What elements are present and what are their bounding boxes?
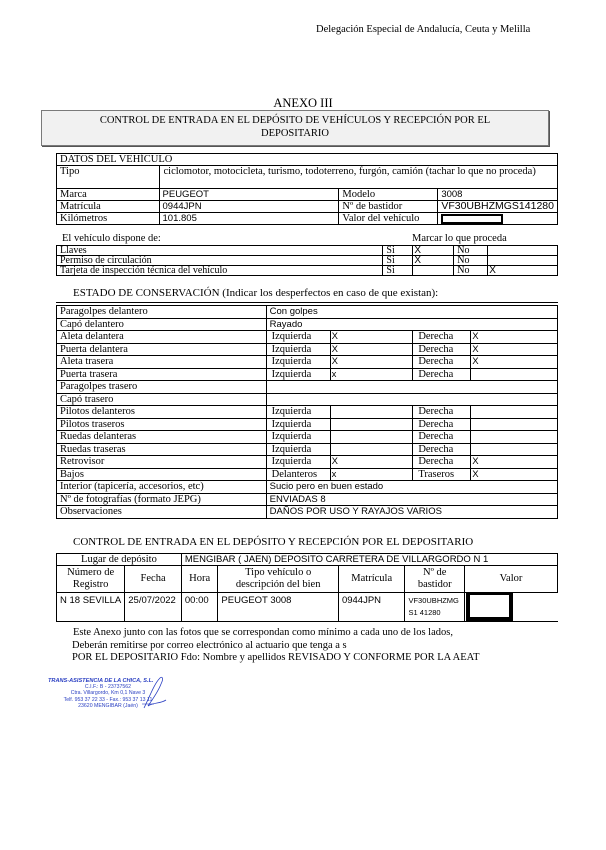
right-side-mark[interactable]: [471, 418, 558, 431]
bastidor-label: Nº de bastidor: [339, 201, 438, 213]
right-side-mark[interactable]: X: [471, 468, 558, 481]
conservation-section-title: ESTADO DE CONSERVACIÓN (Indicar los desp…: [73, 287, 438, 299]
column-header-bastidor: Nº de bastidor: [405, 566, 465, 593]
conservation-row: Puerta trasera Izquierda x Derecha: [57, 368, 558, 381]
right-side-label: Derecha: [413, 356, 471, 369]
part-label: Pilotos traseros: [57, 418, 267, 431]
left-side-label: Izquierda: [266, 456, 330, 469]
registro-cell: N 18 SEVILLA: [57, 593, 125, 622]
part-label: Nº de fotografías (formato JEPG): [57, 493, 267, 506]
tipo-value: ciclomotor, motocicleta, turismo, todote…: [159, 166, 557, 189]
no-label: No: [454, 256, 488, 266]
part-label: Interior (tapicería, accesorios, etc): [57, 481, 267, 494]
marca-label: Marca: [57, 189, 160, 201]
footer-line-1: Este Anexo junto con las fotos que se co…: [73, 627, 480, 640]
valor-cell-redacted: [464, 593, 557, 622]
conservation-row: Paragolpes delantero Con golpes: [57, 306, 558, 319]
right-side-mark[interactable]: X: [471, 456, 558, 469]
company-stamp: TRANS-ASISTENCIA DE LA CHICA, S.L. C.I.F…: [48, 678, 168, 709]
valor-value-redacted: [438, 213, 558, 225]
footer-line-2: Deberán remitirse por correo electrónico…: [72, 640, 480, 653]
part-condition-value: ENVIADAS 8: [266, 493, 557, 506]
conservation-table: Paragolpes delantero Con golpes Capó del…: [56, 305, 558, 519]
left-side-mark[interactable]: x: [330, 368, 413, 381]
tipo-label: Tipo: [57, 166, 160, 189]
km-label: Kilómetros: [57, 213, 160, 225]
document-label: Tarjeta de inspección técnica del vehícu…: [57, 266, 383, 276]
part-label: Ruedas traseras: [57, 443, 267, 456]
deposit-section-title: CONTROL DE ENTRADA EN EL DEPÓSITO Y RECE…: [73, 536, 473, 548]
right-side-mark[interactable]: X: [471, 356, 558, 369]
conservation-row: Interior (tapicería, accesorios, etc) Su…: [57, 481, 558, 494]
deposit-table: Lugar de depósito MENGIBAR ( JAEN) DEPOS…: [56, 553, 558, 622]
vehicle-data-table: DATOS DEL VEHÍCULO Tipo ciclomotor, moto…: [56, 153, 558, 225]
no-label: No: [454, 266, 488, 276]
documents-table: Llaves Si X No Permiso de circulación Si…: [56, 245, 558, 276]
part-label: Retrovisor: [57, 456, 267, 469]
part-label: Ruedas delanteras: [57, 431, 267, 444]
document-title-line2: DEPOSITARIO: [42, 127, 548, 140]
left-side-mark[interactable]: [330, 443, 413, 456]
document-row: Tarjeta de inspección técnica del vehícu…: [57, 266, 558, 276]
conservation-row: Ruedas delanteras Izquierda Derecha: [57, 431, 558, 444]
column-header-matricula: Matrícula: [338, 566, 405, 593]
document-title-box: CONTROL DE ENTRADA EN EL DEPÓSITO DE VEH…: [41, 110, 549, 146]
left-side-mark[interactable]: [330, 418, 413, 431]
left-side-label: Izquierda: [266, 331, 330, 344]
part-condition-value: Rayado: [266, 318, 557, 331]
right-side-mark[interactable]: [471, 431, 558, 444]
left-side-label: Izquierda: [266, 368, 330, 381]
left-side-mark[interactable]: X: [330, 331, 413, 344]
right-side-mark[interactable]: X: [471, 343, 558, 356]
document-row: Permiso de circulación Si X No: [57, 256, 558, 266]
document-row: Llaves Si X No: [57, 246, 558, 256]
part-label: Puerta trasera: [57, 368, 267, 381]
matricula-value: 0944JPN: [159, 201, 339, 213]
table-row: N 18 SEVILLA 25/07/2022 00:00 PEUGEOT 30…: [57, 593, 558, 622]
part-condition-value: Sucio pero en buen estado: [266, 481, 557, 494]
marca-value: PEUGEOT: [159, 189, 339, 201]
yes-mark-checkbox[interactable]: X: [413, 246, 454, 256]
no-mark-checkbox[interactable]: [488, 256, 558, 266]
conservation-row: Ruedas traseras Izquierda Derecha: [57, 443, 558, 456]
conservation-row: Aleta delantera Izquierda X Derecha X: [57, 331, 558, 344]
yes-label: Si: [383, 246, 413, 256]
conservation-row: Observaciones DAÑOS POR USO Y RAYAJOS VA…: [57, 506, 558, 519]
part-condition-value: [266, 393, 557, 406]
left-side-label: Izquierda: [266, 443, 330, 456]
right-side-label: Derecha: [413, 343, 471, 356]
bastidor-cell: VF30UBHZMGS1 41280: [405, 593, 465, 622]
documents-instruction: Marcar lo que proceda: [412, 233, 507, 244]
conservation-row: Retrovisor Izquierda X Derecha X: [57, 456, 558, 469]
left-side-mark[interactable]: [330, 406, 413, 419]
conservation-row: Capó delantero Rayado: [57, 318, 558, 331]
left-side-label: Izquierda: [266, 356, 330, 369]
conservation-row: Paragolpes trasero: [57, 381, 558, 394]
right-side-label: Derecha: [413, 418, 471, 431]
yes-mark-checkbox[interactable]: [413, 266, 454, 276]
part-condition-value: [266, 381, 557, 394]
left-side-mark[interactable]: X: [330, 356, 413, 369]
tipo-cell: PEUGEOT 3008: [218, 593, 339, 622]
documents-intro: El vehículo dispone de:: [62, 233, 161, 244]
modelo-value: 3008: [438, 189, 558, 201]
left-side-mark[interactable]: [330, 431, 413, 444]
yes-mark-checkbox[interactable]: X: [413, 256, 454, 266]
document-label: Permiso de circulación: [57, 256, 383, 266]
yes-label: Si: [383, 266, 413, 276]
matricula-cell: 0944JPN: [338, 593, 405, 622]
place-value: MENGIBAR ( JAEN) DEPOSITO CARRETERA DE V…: [181, 554, 557, 566]
left-side-mark[interactable]: x: [330, 468, 413, 481]
conservation-row: Bajos Delanteros x Traseros X: [57, 468, 558, 481]
vehicle-section-title: DATOS DEL VEHÍCULO: [57, 154, 558, 166]
part-label: Bajos: [57, 468, 267, 481]
right-side-label: Traseros: [413, 468, 471, 481]
footer-notes: Este Anexo junto con las fotos que se co…: [73, 627, 480, 665]
conservation-row: Capó trasero: [57, 393, 558, 406]
column-header-valor: Valor: [464, 566, 557, 593]
redaction-box: [466, 593, 513, 622]
right-side-label: Derecha: [413, 431, 471, 444]
conservation-row: Pilotos delanteros Izquierda Derecha: [57, 406, 558, 419]
conservation-row: Nº de fotografías (formato JEPG) ENVIADA…: [57, 493, 558, 506]
part-label: Observaciones: [57, 506, 267, 519]
left-side-mark[interactable]: X: [330, 343, 413, 356]
yes-label: Si: [383, 256, 413, 266]
document-title-line1: CONTROL DE ENTRADA EN EL DEPÓSITO DE VEH…: [42, 114, 548, 127]
part-label: Aleta trasera: [57, 356, 267, 369]
place-label: Lugar de depósito: [57, 554, 182, 566]
divider: [56, 302, 558, 303]
right-side-mark[interactable]: [471, 368, 558, 381]
part-label: Pilotos delanteros: [57, 406, 267, 419]
left-side-label: Izquierda: [266, 431, 330, 444]
right-side-label: Derecha: [413, 331, 471, 344]
right-side-mark[interactable]: X: [471, 331, 558, 344]
part-label: Capó delantero: [57, 318, 267, 331]
part-condition-value: DAÑOS POR USO Y RAYAJOS VARIOS: [266, 506, 557, 519]
signature-icon: [140, 674, 170, 714]
column-header-tipo: Tipo vehículo o descripción del bien: [218, 566, 339, 593]
part-label: Aleta delantera: [57, 331, 267, 344]
left-side-mark[interactable]: X: [330, 456, 413, 469]
conservation-row: Pilotos traseros Izquierda Derecha: [57, 418, 558, 431]
left-side-label: Izquierda: [266, 418, 330, 431]
column-header-hora: Hora: [181, 566, 218, 593]
left-side-label: Izquierda: [266, 406, 330, 419]
column-header-registro: Número de Registro: [57, 566, 125, 593]
bastidor-value: VF30UBHZMGS141280: [438, 201, 558, 213]
no-mark-checkbox[interactable]: [488, 246, 558, 256]
km-value: 101.805: [159, 213, 339, 225]
part-label: Paragolpes trasero: [57, 381, 267, 394]
no-label: No: [454, 246, 488, 256]
part-label: Puerta delantera: [57, 343, 267, 356]
fecha-cell: 25/07/2022: [125, 593, 182, 622]
right-side-mark[interactable]: [471, 406, 558, 419]
left-side-label: Izquierda: [266, 343, 330, 356]
conservation-row: Puerta delantera Izquierda X Derecha X: [57, 343, 558, 356]
annex-title: ANEXO III: [0, 96, 606, 111]
part-label: Paragolpes delantero: [57, 306, 267, 319]
right-side-label: Derecha: [413, 443, 471, 456]
modelo-label: Modelo: [339, 189, 438, 201]
matricula-label: Matrícula: [57, 201, 160, 213]
right-side-mark[interactable]: [471, 443, 558, 456]
delegation-header: Delegación Especial de Andalucía, Ceuta …: [316, 24, 530, 35]
column-header-fecha: Fecha: [125, 566, 182, 593]
redaction-bar: [441, 214, 503, 224]
conservation-row: Aleta trasera Izquierda X Derecha X: [57, 356, 558, 369]
document-label: Llaves: [57, 246, 383, 256]
footer-line-3: POR EL DEPOSITARIO Fdo: Nombre y apellid…: [72, 652, 480, 665]
no-mark-checkbox[interactable]: X: [488, 266, 558, 276]
part-label: Capó trasero: [57, 393, 267, 406]
hora-cell: 00:00: [181, 593, 218, 622]
right-side-label: Derecha: [413, 368, 471, 381]
left-side-label: Delanteros: [266, 468, 330, 481]
valor-label: Valor del vehículo: [339, 213, 438, 225]
part-condition-value: Con golpes: [266, 306, 557, 319]
right-side-label: Derecha: [413, 406, 471, 419]
right-side-label: Derecha: [413, 456, 471, 469]
